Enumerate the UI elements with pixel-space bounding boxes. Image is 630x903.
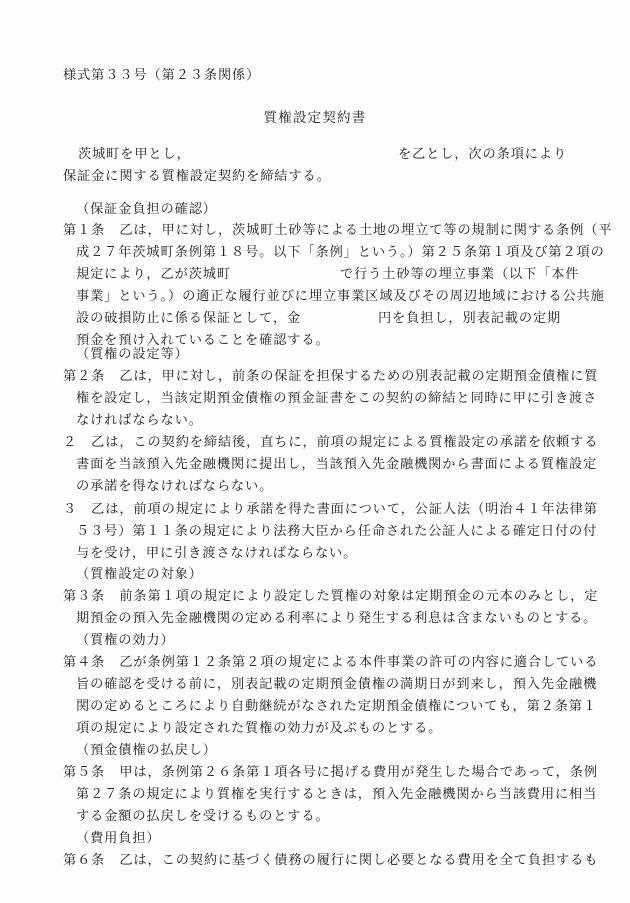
document-line: 第２７条の規定により質権を実行するときは，預入先金融機関から当該費用に相当	[76, 785, 597, 805]
document-line: （預金債権の払戻し）	[76, 741, 217, 761]
form-number: 様式第３３号（第２３条関係）	[63, 66, 260, 86]
document-line: 事業」という。）の適正な履行並びに埋立事業区域及びその周辺地域における公共施	[76, 287, 605, 307]
document-line: （保証金負担の確認）	[76, 200, 217, 220]
preamble-line-2: 保証金に関する質権設定契約を締結する。	[63, 167, 331, 187]
document-line: 設の破損防止に係る保証として，金	[76, 309, 301, 329]
document-line: 旨の確認を受ける前に，別表記載の定期預金債権の満期日が到来し，預入先金融機	[76, 675, 597, 695]
document-line: （費用負担）	[76, 829, 161, 849]
document-line: 規定により，乙が茨城町	[76, 265, 231, 285]
document-line: ３ 乙は，前項の規定により承諾を得た書面について，公証人法（明治４１年法律第	[63, 500, 598, 520]
document-line: （質権の効力）	[76, 631, 175, 651]
document-line: 書面を当該預入先金融機関に提出し，当該預入先金融機関から書面による質権設定	[76, 455, 597, 475]
preamble-part-2: を乙とし，次の条項により	[398, 145, 567, 165]
document-line: 第５条 甲は，条例第２６条第１項各号に掲げる費用が発生した場合であって，条例	[63, 763, 598, 783]
document-line: 第３条 前条第１項の規定により設定した質権の対象は定期預金の元本のみとし，定	[63, 587, 598, 607]
document-title: 質権設定契約書	[0, 106, 630, 126]
document-line: 関の定めるところにより自動継続がなされた定期預金債権についても，第２条第１	[76, 697, 597, 717]
document-line: 第１条 乙は，甲に対し，茨城町土砂等による土地の埋立て等の規制に関する条例（平	[63, 221, 612, 241]
document-line: ５３号）第１１条の規定により法務大臣から任命された公証人による確定日付の付	[76, 522, 597, 542]
document-line: 成２７年茨城町条例第１８号。以下「条例」という。）第２５条第１項及び第２項の	[76, 243, 605, 263]
document-line: 第６条 乙は，この契約に基づく債務の履行に関し必要となる費用を全て負担するも	[63, 851, 598, 871]
document-line: ２ 乙は，この契約を締結後，直ちに，前項の規定による質権設定の承諾を依頼する	[63, 433, 598, 453]
document-line: の承諾を得なければならない。	[76, 477, 273, 497]
document-line: 項の規定により設定された質権の効力が及ぶものとする。	[76, 719, 442, 739]
document-line: する金額の払戻しを受けるものとする。	[76, 807, 330, 827]
preamble-part-1: 茨城町を甲とし，	[78, 145, 191, 165]
document-page: 様式第３３号（第２３条関係） 質権設定契約書 茨城町を甲とし， を乙とし，次の条…	[0, 0, 630, 903]
document-line: 第４条 乙が条例第１２条第２項の規定による本件事業の許可の内容に適合している	[63, 653, 598, 673]
document-line: （質権の設定等）	[76, 345, 189, 365]
document-line: 権を設定し，当該定期預金債権の預金証書をこの契約の締結と同時に甲に引き渡さ	[76, 389, 597, 409]
document-line: なければならない。	[76, 411, 203, 431]
document-line: 円を負担し，別表記載の定期	[378, 309, 561, 329]
document-line: で行う土砂等の埋立事業（以下「本件	[340, 265, 580, 285]
document-line: 第２条 乙は，甲に対し，前条の保証を担保するための別表記載の定期預金債権に質	[63, 367, 598, 387]
document-line: 与を受け，甲に引き渡さなければならない。	[76, 544, 357, 564]
document-line: 期預金の預入先金融機関の定める利率により発生する利息は含まないものとする。	[76, 609, 597, 629]
document-line: （質権設定の対象）	[76, 565, 203, 585]
